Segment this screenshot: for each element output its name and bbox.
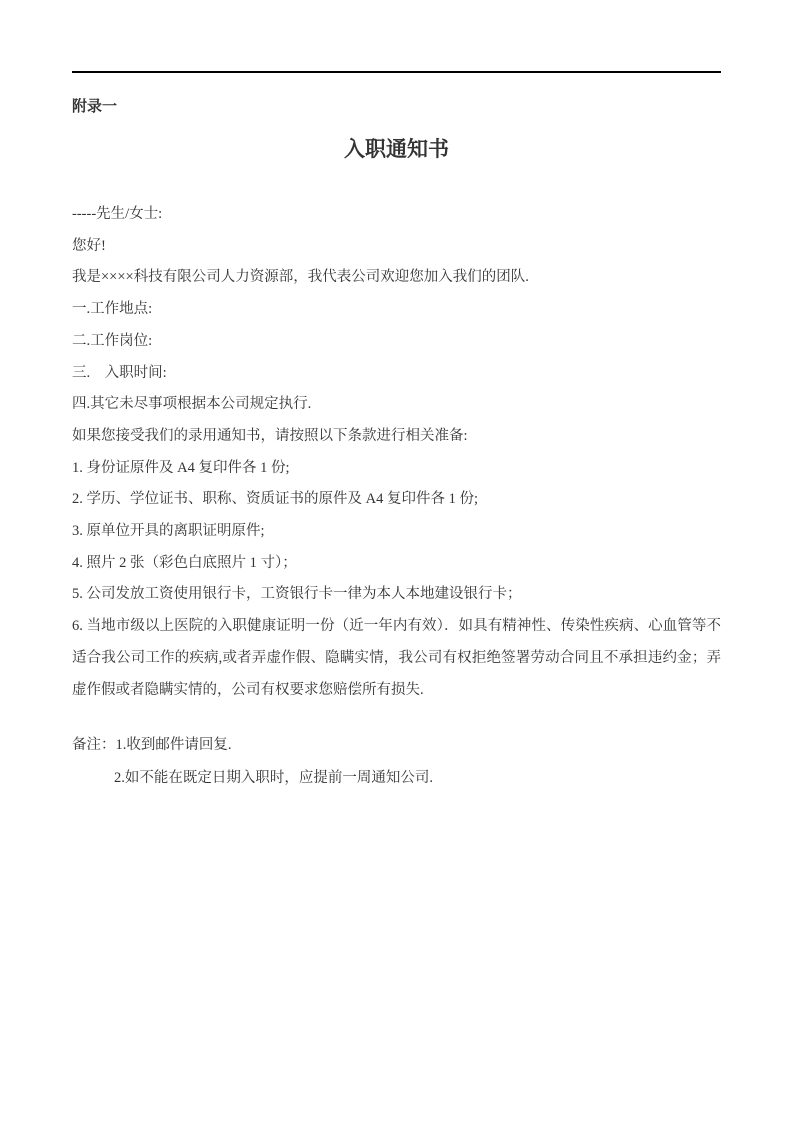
document-body: -----先生/女士: 您好! 我是××××科技有限公司人力资源部，我代表公司欢… xyxy=(72,199,721,706)
notes-line-2: 2.如不能在既定日期入职时，应提前一周通知公司. xyxy=(72,762,721,795)
preparation-item-id-card: 1. 身份证原件及 A4 复印件各 1 份; xyxy=(72,453,721,485)
preparation-item-bank-card: 5. 公司发放工资使用银行卡，工资银行卡一律为本人本地建设银行卡； xyxy=(72,579,721,611)
document-content: 附录一 入职通知书 -----先生/女士: 您好! 我是××××科技有限公司人力… xyxy=(72,0,721,795)
appendix-label: 附录一 xyxy=(72,99,721,115)
preparation-item-resignation-proof: 3. 原单位开具的离职证明原件; xyxy=(72,516,721,548)
preparation-item-certificates: 2. 学历、学位证书、职称、资质证书的原件及 A4 复印件各 1 份; xyxy=(72,484,721,516)
intro-line: 我是××××科技有限公司人力资源部，我代表公司欢迎您加入我们的团队. xyxy=(72,262,721,294)
page-title: 入职通知书 xyxy=(72,137,721,161)
greeting-line: 您好! xyxy=(72,231,721,263)
term-line-start-date: 三. 入职时间: xyxy=(72,358,721,390)
salutation-line: -----先生/女士: xyxy=(72,199,721,231)
document-page: 附录一 入职通知书 -----先生/女士: 您好! 我是××××科技有限公司人力… xyxy=(0,0,793,1122)
term-line-other-matters: 四.其它未尽事项根据本公司规定执行. xyxy=(72,389,721,421)
notes-section: 备注：1.收到邮件请回复. 2.如不能在既定日期入职时，应提前一周通知公司. xyxy=(72,729,721,795)
preparation-item-photos: 4. 照片 2 张（彩色白底照片 1 寸）； xyxy=(72,548,721,580)
term-line-work-location: 一.工作地点: xyxy=(72,294,721,326)
notes-line-1: 备注：1.收到邮件请回复. xyxy=(72,729,721,762)
note-item-reply: 1.收到邮件请回复. xyxy=(116,737,232,753)
preparation-item-health-certificate: 6. 当地市级以上医院的入职健康证明一份（近一年内有效）．如具有精神性、传染性疾… xyxy=(72,611,721,706)
notes-label: 备注： xyxy=(72,737,116,753)
preparation-intro-line: 如果您接受我们的录用通知书，请按照以下条款进行相关准备: xyxy=(72,421,721,453)
term-line-work-position: 二.工作岗位: xyxy=(72,326,721,358)
